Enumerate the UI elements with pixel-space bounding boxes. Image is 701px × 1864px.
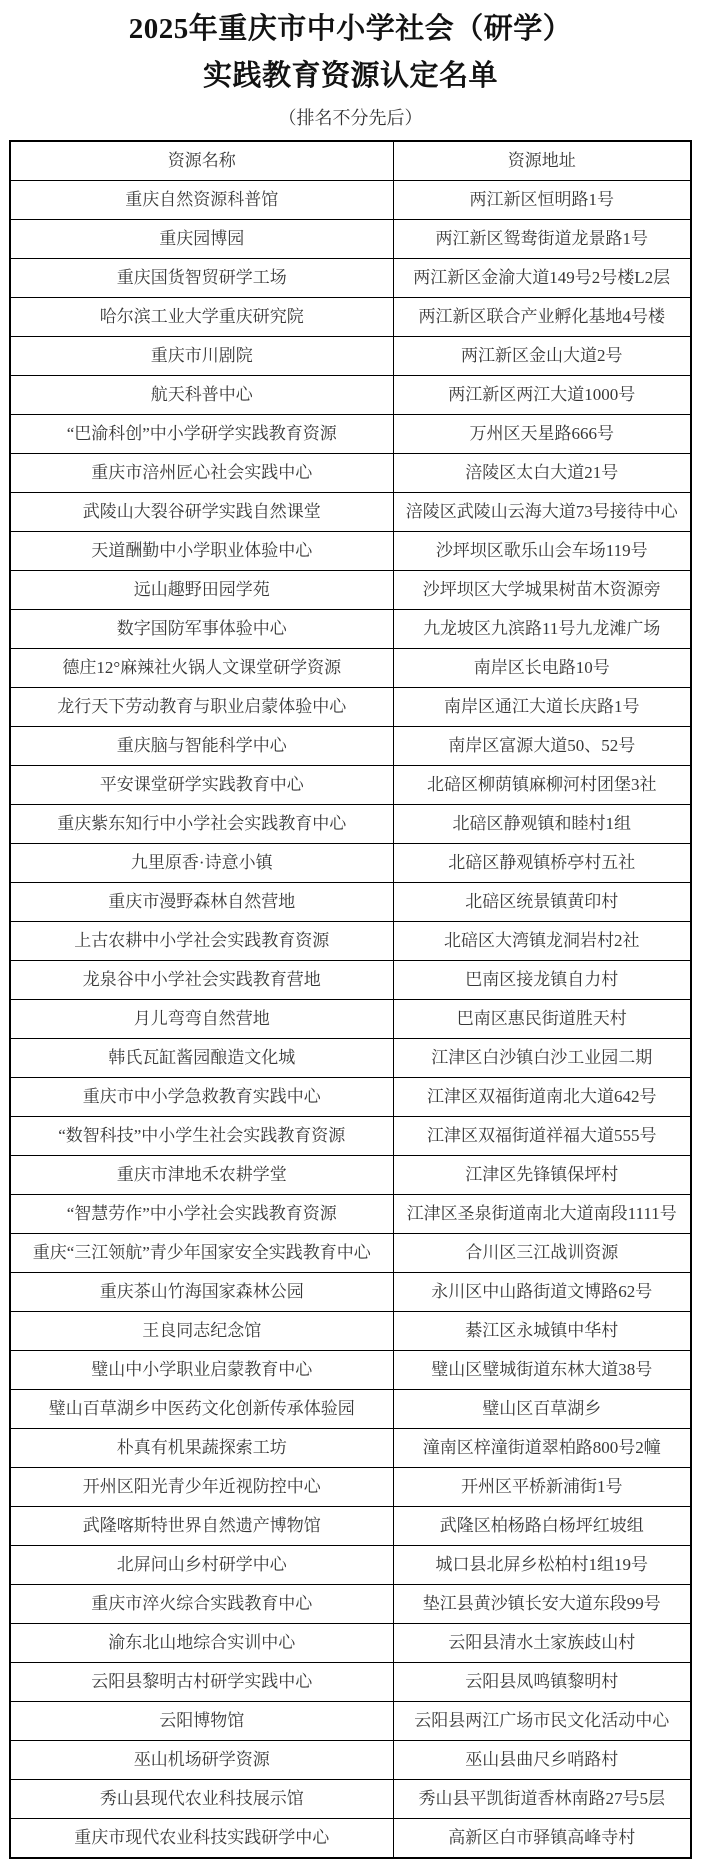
table-row: “智慧劳作”中小学社会实践教育资源江津区圣泉街道南北大道南段1111号 — [10, 1195, 691, 1234]
column-header: 资源名称 — [10, 141, 393, 181]
table-row: 航天科普中心两江新区两江大道1000号 — [10, 376, 691, 415]
table-header-row: 资源名称资源地址 — [10, 141, 691, 181]
resource-address-cell: 江津区圣泉街道南北大道南段1111号 — [393, 1195, 691, 1234]
table-row: 重庆脑与智能科学中心南岸区富源大道50、52号 — [10, 727, 691, 766]
resource-name-cell: 重庆市津地禾农耕学堂 — [10, 1156, 393, 1195]
resource-name-cell: 重庆市漫野森林自然营地 — [10, 883, 393, 922]
resource-name-cell: 平安课堂研学实践教育中心 — [10, 766, 393, 805]
page-title-line2: 实践教育资源认定名单 — [0, 53, 701, 100]
resource-address-cell: 万州区天星路666号 — [393, 415, 691, 454]
resource-address-cell: 开州区平桥新浦街1号 — [393, 1468, 691, 1507]
table-row: 哈尔滨工业大学重庆研究院两江新区联合产业孵化基地4号楼 — [10, 298, 691, 337]
resource-name-cell: 重庆市淬火综合实践教育中心 — [10, 1585, 393, 1624]
resource-name-cell: 重庆市涪州匠心社会实践中心 — [10, 454, 393, 493]
table-row: 龙泉谷中小学社会实践教育营地巴南区接龙镇自力村 — [10, 961, 691, 1000]
table-row: 重庆茶山竹海国家森林公园永川区中山路街道文博路62号 — [10, 1273, 691, 1312]
resource-address-cell: 秀山县平凯街道香林南路27号5层 — [393, 1780, 691, 1819]
table-row: 重庆市现代农业科技实践研学中心高新区白市驿镇高峰寺村 — [10, 1819, 691, 1859]
resource-address-cell: 垫江县黄沙镇长安大道东段99号 — [393, 1585, 691, 1624]
resource-name-cell: 重庆园博园 — [10, 220, 393, 259]
resource-name-cell: 秀山县现代农业科技展示馆 — [10, 1780, 393, 1819]
table-row: 云阳博物馆云阳县两江广场市民文化活动中心 — [10, 1702, 691, 1741]
resource-name-cell: 龙行天下劳动教育与职业启蒙体验中心 — [10, 688, 393, 727]
resource-name-cell: 开州区阳光青少年近视防控中心 — [10, 1468, 393, 1507]
resource-address-cell: 城口县北屏乡松柏村1组19号 — [393, 1546, 691, 1585]
table-row: 渝东北山地综合实训中心云阳县清水土家族歧山村 — [10, 1624, 691, 1663]
page-title-line1: 2025年重庆市中小学社会（研学） — [0, 6, 701, 53]
table-row: 韩氏瓦缸酱园酿造文化城江津区白沙镇白沙工业园二期 — [10, 1039, 691, 1078]
resource-name-cell: 武陵山大裂谷研学实践自然课堂 — [10, 493, 393, 532]
table-row: 天道酬勤中小学职业体验中心沙坪坝区歌乐山会车场119号 — [10, 532, 691, 571]
table-row: 重庆市川剧院两江新区金山大道2号 — [10, 337, 691, 376]
table-row: 数字国防军事体验中心九龙坡区九滨路11号九龙滩广场 — [10, 610, 691, 649]
resource-address-cell: 合川区三江战训资源 — [393, 1234, 691, 1273]
resource-address-cell: 九龙坡区九滨路11号九龙滩广场 — [393, 610, 691, 649]
table-row: 重庆紫东知行中小学社会实践教育中心北碚区静观镇和睦村1组 — [10, 805, 691, 844]
resource-address-cell: 璧山区百草湖乡 — [393, 1390, 691, 1429]
table-row: 重庆市涪州匠心社会实践中心涪陵区太白大道21号 — [10, 454, 691, 493]
ranking-note: （排名不分先后） — [0, 105, 701, 131]
resource-name-cell: 武隆喀斯特世界自然遗产博物馆 — [10, 1507, 393, 1546]
resource-address-cell: 南岸区富源大道50、52号 — [393, 727, 691, 766]
resource-address-cell: 沙坪坝区大学城果树苗木资源旁 — [393, 571, 691, 610]
resource-name-cell: 璧山百草湖乡中医药文化创新传承体验园 — [10, 1390, 393, 1429]
table-row: 远山趣野田园学苑沙坪坝区大学城果树苗木资源旁 — [10, 571, 691, 610]
resource-name-cell: 上古农耕中小学社会实践教育资源 — [10, 922, 393, 961]
column-header: 资源地址 — [393, 141, 691, 181]
resource-name-cell: 德庄12°麻辣社火锅人文课堂研学资源 — [10, 649, 393, 688]
resource-name-cell: 重庆市川剧院 — [10, 337, 393, 376]
table-row: 秀山县现代农业科技展示馆秀山县平凯街道香林南路27号5层 — [10, 1780, 691, 1819]
resource-name-cell: 重庆茶山竹海国家森林公园 — [10, 1273, 393, 1312]
table-row: 重庆市漫野森林自然营地北碚区统景镇黄印村 — [10, 883, 691, 922]
resource-name-cell: 重庆紫东知行中小学社会实践教育中心 — [10, 805, 393, 844]
resource-address-cell: 两江新区恒明路1号 — [393, 181, 691, 220]
resource-address-cell: 江津区先锋镇保坪村 — [393, 1156, 691, 1195]
resource-name-cell: 航天科普中心 — [10, 376, 393, 415]
table-row: 平安课堂研学实践教育中心北碚区柳荫镇麻柳河村团堡3社 — [10, 766, 691, 805]
resource-name-cell: 重庆市中小学急救教育实践中心 — [10, 1078, 393, 1117]
resource-address-cell: 巫山县曲尺乡哨路村 — [393, 1741, 691, 1780]
resource-address-cell: 永川区中山路街道文博路62号 — [393, 1273, 691, 1312]
table-row: 武隆喀斯特世界自然遗产博物馆武隆区柏杨路白杨坪红坡组 — [10, 1507, 691, 1546]
resource-name-cell: “巴渝科创”中小学研学实践教育资源 — [10, 415, 393, 454]
table-row: 德庄12°麻辣社火锅人文课堂研学资源南岸区长电路10号 — [10, 649, 691, 688]
resource-name-cell: 云阳县黎明古村研学实践中心 — [10, 1663, 393, 1702]
resource-name-cell: 重庆国货智贸研学工场 — [10, 259, 393, 298]
resource-table: 资源名称资源地址 重庆自然资源科普馆两江新区恒明路1号重庆园博园两江新区鸳鸯街道… — [9, 140, 692, 1859]
resource-address-cell: 江津区双福街道祥福大道555号 — [393, 1117, 691, 1156]
resource-address-cell: 璧山区璧城街道东林大道38号 — [393, 1351, 691, 1390]
table-row: “巴渝科创”中小学研学实践教育资源万州区天星路666号 — [10, 415, 691, 454]
resource-address-cell: 潼南区梓潼街道翠柏路800号2幢 — [393, 1429, 691, 1468]
table-row: 重庆国货智贸研学工场两江新区金渝大道149号2号楼L2层 — [10, 259, 691, 298]
resource-name-cell: 巫山机场研学资源 — [10, 1741, 393, 1780]
resource-address-cell: 南岸区长电路10号 — [393, 649, 691, 688]
resource-name-cell: 九里原香·诗意小镇 — [10, 844, 393, 883]
resource-name-cell: 王良同志纪念馆 — [10, 1312, 393, 1351]
resource-name-cell: 数字国防军事体验中心 — [10, 610, 393, 649]
resource-name-cell: “智慧劳作”中小学社会实践教育资源 — [10, 1195, 393, 1234]
resource-address-cell: 北碚区柳荫镇麻柳河村团堡3社 — [393, 766, 691, 805]
resource-address-cell: 巴南区接龙镇自力村 — [393, 961, 691, 1000]
resource-address-cell: 云阳县两江广场市民文化活动中心 — [393, 1702, 691, 1741]
table-row: 北屏问山乡村研学中心城口县北屏乡松柏村1组19号 — [10, 1546, 691, 1585]
resource-address-cell: 两江新区联合产业孵化基地4号楼 — [393, 298, 691, 337]
table-row: 璧山中小学职业启蒙教育中心璧山区璧城街道东林大道38号 — [10, 1351, 691, 1390]
resource-name-cell: “数智科技”中小学生社会实践教育资源 — [10, 1117, 393, 1156]
resource-name-cell: 月儿弯弯自然营地 — [10, 1000, 393, 1039]
resource-name-cell: 韩氏瓦缸酱园酿造文化城 — [10, 1039, 393, 1078]
table-row: 璧山百草湖乡中医药文化创新传承体验园璧山区百草湖乡 — [10, 1390, 691, 1429]
table-row: 武陵山大裂谷研学实践自然课堂涪陵区武陵山云海大道73号接待中心 — [10, 493, 691, 532]
table-row: 王良同志纪念馆綦江区永城镇中华村 — [10, 1312, 691, 1351]
resource-name-cell: 朴真有机果蔬探索工坊 — [10, 1429, 393, 1468]
table-row: 重庆市中小学急救教育实践中心江津区双福街道南北大道642号 — [10, 1078, 691, 1117]
resource-address-cell: 两江新区金山大道2号 — [393, 337, 691, 376]
resource-address-cell: 北碚区静观镇和睦村1组 — [393, 805, 691, 844]
resource-name-cell: 北屏问山乡村研学中心 — [10, 1546, 393, 1585]
resource-address-cell: 綦江区永城镇中华村 — [393, 1312, 691, 1351]
table-row: 重庆市津地禾农耕学堂江津区先锋镇保坪村 — [10, 1156, 691, 1195]
table-row: 龙行天下劳动教育与职业启蒙体验中心南岸区通江大道长庆路1号 — [10, 688, 691, 727]
resource-address-cell: 高新区白市驿镇高峰寺村 — [393, 1819, 691, 1859]
resource-address-cell: 武隆区柏杨路白杨坪红坡组 — [393, 1507, 691, 1546]
resource-name-cell: 渝东北山地综合实训中心 — [10, 1624, 393, 1663]
table-row: 重庆园博园两江新区鸳鸯街道龙景路1号 — [10, 220, 691, 259]
resource-name-cell: 哈尔滨工业大学重庆研究院 — [10, 298, 393, 337]
resource-address-cell: 南岸区通江大道长庆路1号 — [393, 688, 691, 727]
resource-address-cell: 两江新区金渝大道149号2号楼L2层 — [393, 259, 691, 298]
resource-address-cell: 北碚区统景镇黄印村 — [393, 883, 691, 922]
table-row: 重庆“三江领航”青少年国家安全实践教育中心合川区三江战训资源 — [10, 1234, 691, 1273]
table-body: 重庆自然资源科普馆两江新区恒明路1号重庆园博园两江新区鸳鸯街道龙景路1号重庆国货… — [10, 181, 691, 1859]
resource-name-cell: 云阳博物馆 — [10, 1702, 393, 1741]
resource-name-cell: 天道酬勤中小学职业体验中心 — [10, 532, 393, 571]
resource-name-cell: 远山趣野田园学苑 — [10, 571, 393, 610]
resource-name-cell: 龙泉谷中小学社会实践教育营地 — [10, 961, 393, 1000]
resource-address-cell: 江津区白沙镇白沙工业园二期 — [393, 1039, 691, 1078]
table-row: 上古农耕中小学社会实践教育资源北碚区大湾镇龙洞岩村2社 — [10, 922, 691, 961]
table-row: 九里原香·诗意小镇北碚区静观镇桥亭村五社 — [10, 844, 691, 883]
table-row: 重庆市淬火综合实践教育中心垫江县黄沙镇长安大道东段99号 — [10, 1585, 691, 1624]
resource-name-cell: 重庆脑与智能科学中心 — [10, 727, 393, 766]
resource-address-cell: 云阳县清水土家族歧山村 — [393, 1624, 691, 1663]
table-row: 开州区阳光青少年近视防控中心开州区平桥新浦街1号 — [10, 1468, 691, 1507]
table-row: 月儿弯弯自然营地巴南区惠民街道胜天村 — [10, 1000, 691, 1039]
resource-address-cell: 涪陵区太白大道21号 — [393, 454, 691, 493]
resource-name-cell: 璧山中小学职业启蒙教育中心 — [10, 1351, 393, 1390]
resource-name-cell: 重庆“三江领航”青少年国家安全实践教育中心 — [10, 1234, 393, 1273]
resource-name-cell: 重庆市现代农业科技实践研学中心 — [10, 1819, 393, 1859]
document-page: 2025年重庆市中小学社会（研学） 实践教育资源认定名单 （排名不分先后） 资源… — [0, 0, 701, 1859]
resource-address-cell: 涪陵区武陵山云海大道73号接待中心 — [393, 493, 691, 532]
table-row: 巫山机场研学资源巫山县曲尺乡哨路村 — [10, 1741, 691, 1780]
resource-address-cell: 两江新区鸳鸯街道龙景路1号 — [393, 220, 691, 259]
resource-address-cell: 两江新区两江大道1000号 — [393, 376, 691, 415]
resource-address-cell: 巴南区惠民街道胜天村 — [393, 1000, 691, 1039]
resource-address-cell: 北碚区大湾镇龙洞岩村2社 — [393, 922, 691, 961]
resource-name-cell: 重庆自然资源科普馆 — [10, 181, 393, 220]
resource-address-cell: 江津区双福街道南北大道642号 — [393, 1078, 691, 1117]
table-row: 重庆自然资源科普馆两江新区恒明路1号 — [10, 181, 691, 220]
resource-address-cell: 沙坪坝区歌乐山会车场119号 — [393, 532, 691, 571]
resource-address-cell: 北碚区静观镇桥亭村五社 — [393, 844, 691, 883]
table-row: 朴真有机果蔬探索工坊潼南区梓潼街道翠柏路800号2幢 — [10, 1429, 691, 1468]
table-row: “数智科技”中小学生社会实践教育资源江津区双福街道祥福大道555号 — [10, 1117, 691, 1156]
table-row: 云阳县黎明古村研学实践中心云阳县凤鸣镇黎明村 — [10, 1663, 691, 1702]
resource-address-cell: 云阳县凤鸣镇黎明村 — [393, 1663, 691, 1702]
